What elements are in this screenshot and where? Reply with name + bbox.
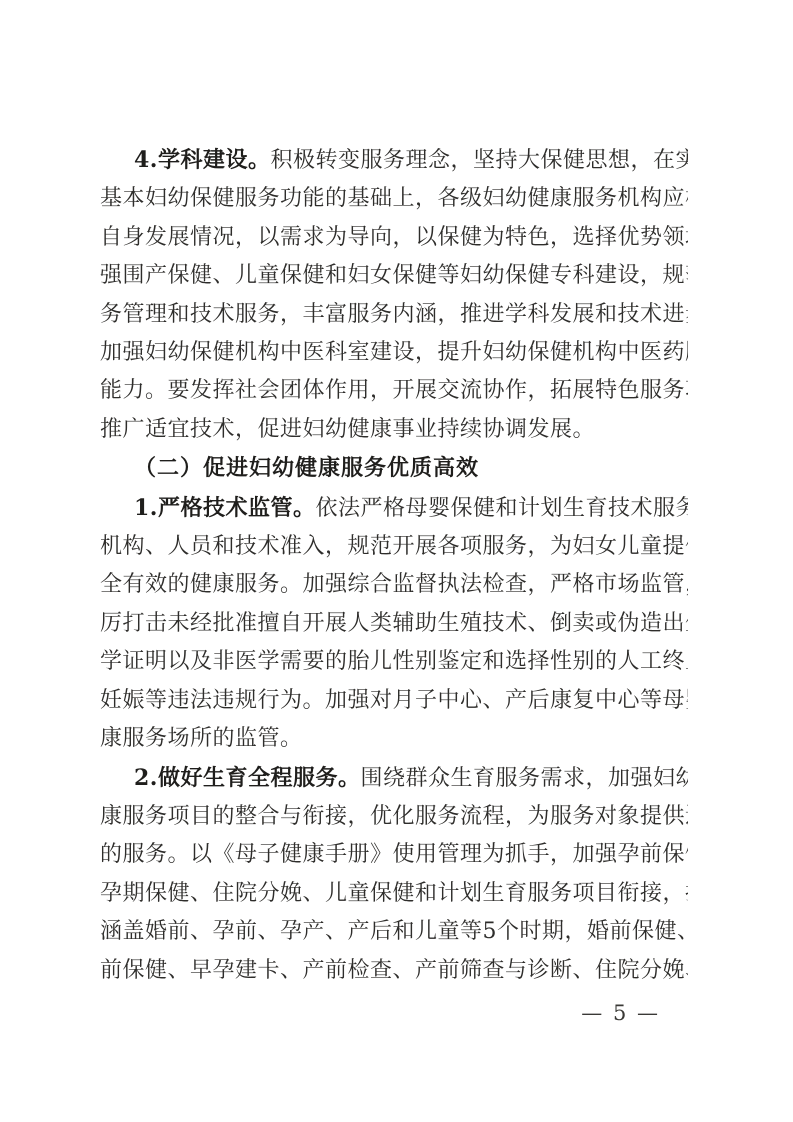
section-heading-text: （二）促进妇幼健康服务优质高效 <box>134 455 479 481</box>
text-run: 康服务项目的整合与衔接，优化服务流程，为服务对象提供适宜 <box>100 804 688 829</box>
text-line: 1.严格技术监管。依法严格母婴保健和计划生育技术服务 <box>100 489 688 528</box>
text-line: 4.学科建设。积极转变服务理念，坚持大保健思想，在实现 <box>100 141 688 180</box>
text-line: 自身发展情况，以需求为导向，以保健为特色，选择优势领域加 <box>100 219 688 257</box>
text-line: 厉打击未经批准擅自开展人类辅助生殖技术、倒卖或伪造出生医 <box>100 605 688 643</box>
paragraph-lead: 2.做好生育全程服务。 <box>134 765 360 791</box>
document-page: 4.学科建设。积极转变服务理念，坚持大保健思想，在实现 基本妇幼保健服务功能的基… <box>0 0 793 1122</box>
text-line: 全有效的健康服务。加强综合监督执法检查，严格市场监管，严 <box>100 566 688 604</box>
text-run: 孕期保健、住院分娩、儿童保健和计划生育服务项目衔接，打造 <box>100 881 688 906</box>
text-run: 前保健、早孕建卡、产前检查、产前筛查与诊断、住院分娩、产 <box>100 958 688 983</box>
paragraph-lead: 4.学科建设。 <box>134 147 270 173</box>
text-run: 妊娠等违法违规行为。加强对月子中心、产后康复中心等母婴健 <box>100 688 688 713</box>
text-line: 涵盖婚前、孕前、孕产、产后和儿童等5个时期，婚前保健、孕 <box>100 913 688 951</box>
text-line: 能力。要发挥社会团体作用，开展交流协作，拓展特色服务项目， <box>100 372 688 410</box>
text-run: 全有效的健康服务。加强综合监督执法检查，严格市场监管，严 <box>100 572 688 597</box>
text-run: 康服务场所的监管。 <box>100 726 303 751</box>
text-run: 推广适宜技术，促进妇幼健康事业持续协调发展。 <box>100 417 595 442</box>
text-run: 自身发展情况，以需求为导向，以保健为特色，选择优势领域加 <box>100 225 688 250</box>
page-number: — 5 — <box>581 1001 660 1025</box>
text-run: 积极转变服务理念，坚持大保健思想，在实现 <box>270 148 688 173</box>
text-line: 强围产保健、儿童保健和妇女保健等妇幼保健专科建设，规范业 <box>100 257 688 295</box>
text-line: 康服务项目的整合与衔接，优化服务流程，为服务对象提供适宜 <box>100 798 688 836</box>
text-run: 的服务。以《母子健康手册》使用管理为抓手，加强孕前保健、 <box>100 842 688 867</box>
text-line: 前保健、早孕建卡、产前检查、产前筛查与诊断、住院分娩、产 <box>100 952 688 990</box>
text-run: 依法严格母婴保健和计划生育技术服务 <box>315 496 688 521</box>
text-run: 厉打击未经批准擅自开展人类辅助生殖技术、倒卖或伪造出生医 <box>100 611 688 636</box>
text-line: 推广适宜技术，促进妇幼健康事业持续协调发展。 <box>100 411 688 449</box>
text-line: 妊娠等违法违规行为。加强对月子中心、产后康复中心等母婴健 <box>100 682 688 720</box>
text-run: 学证明以及非医学需要的胎儿性别鉴定和选择性别的人工终止 <box>100 649 688 674</box>
text-run: 能力。要发挥社会团体作用，开展交流协作，拓展特色服务项目， <box>100 378 688 403</box>
text-line: 康服务场所的监管。 <box>100 720 688 758</box>
paragraph-lead: 1.严格技术监管。 <box>134 495 315 521</box>
text-run: 涵盖婚前、孕前、孕产、产后和儿童等5个时期，婚前保健、孕 <box>100 919 688 944</box>
text-run: 基本妇幼保健服务功能的基础上，各级妇幼健康服务机构应根据 <box>100 186 688 211</box>
document-body: 4.学科建设。积极转变服务理念，坚持大保健思想，在实现 基本妇幼保健服务功能的基… <box>100 141 688 990</box>
text-line: 基本妇幼保健服务功能的基础上，各级妇幼健康服务机构应根据 <box>100 180 688 218</box>
section-heading: （二）促进妇幼健康服务优质高效 <box>100 449 688 488</box>
text-run: 机构、人员和技术准入，规范开展各项服务，为妇女儿童提供安 <box>100 534 688 559</box>
text-run: 加强妇幼保健机构中医科室建设，提升妇幼保健机构中医药服务 <box>100 340 688 365</box>
text-line: 孕期保健、住院分娩、儿童保健和计划生育服务项目衔接，打造 <box>100 875 688 913</box>
text-run: 务管理和技术服务，丰富服务内涵，推进学科发展和技术进步。 <box>100 302 688 327</box>
text-line: 学证明以及非医学需要的胎儿性别鉴定和选择性别的人工终止 <box>100 643 688 681</box>
text-run: 围绕群众生育服务需求，加强妇幼健 <box>360 766 688 791</box>
text-line: 务管理和技术服务，丰富服务内涵，推进学科发展和技术进步。 <box>100 296 688 334</box>
text-line: 2.做好生育全程服务。围绕群众生育服务需求，加强妇幼健 <box>100 759 688 798</box>
text-line: 机构、人员和技术准入，规范开展各项服务，为妇女儿童提供安 <box>100 528 688 566</box>
text-run: 强围产保健、儿童保健和妇女保健等妇幼保健专科建设，规范业 <box>100 263 688 288</box>
text-line: 加强妇幼保健机构中医科室建设，提升妇幼保健机构中医药服务 <box>100 334 688 372</box>
text-line: 的服务。以《母子健康手册》使用管理为抓手，加强孕前保健、 <box>100 836 688 874</box>
